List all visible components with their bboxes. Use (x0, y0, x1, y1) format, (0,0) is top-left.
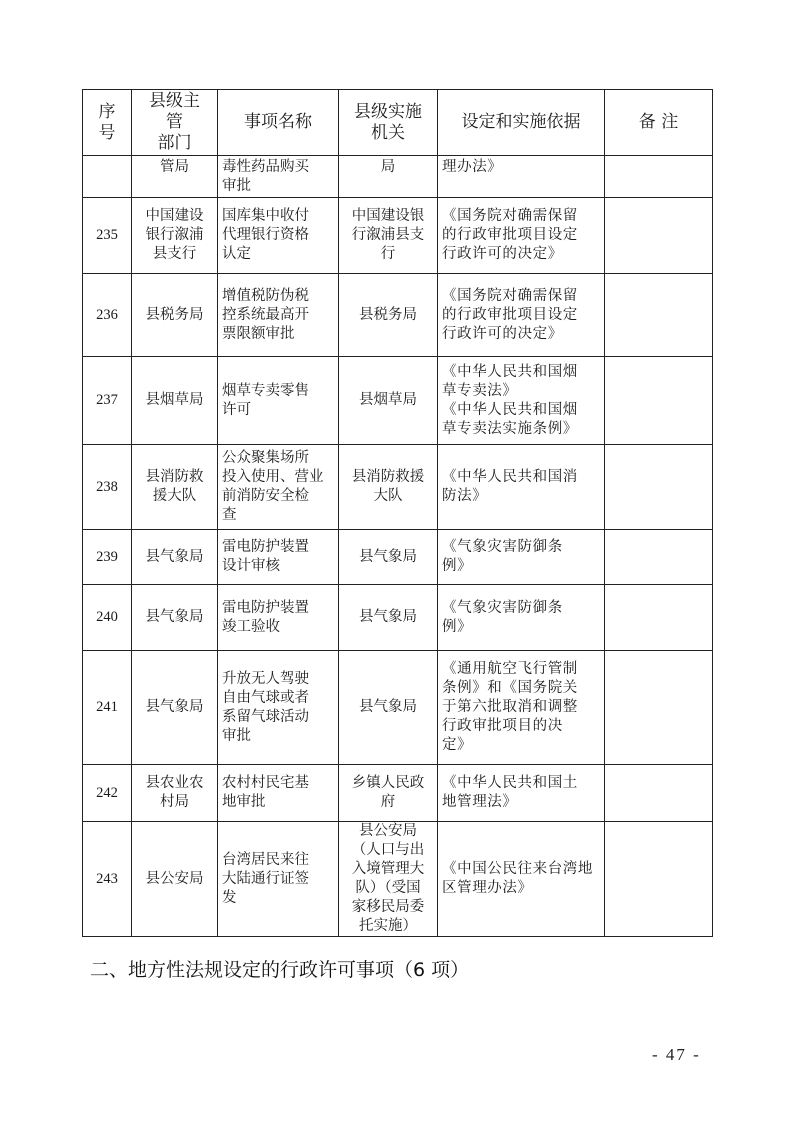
cell-basis: 《气象灾害防御条例》 (438, 530, 605, 585)
permit-table: 序号 县级主管部门 事项名称 县级实施机关 设定和实施依据 备 注 管局 毒性药… (82, 89, 713, 937)
cell-item: 雷电防护装置设计审核 (218, 530, 339, 585)
cell-note (605, 156, 713, 198)
header-dept: 县级主管部门 (132, 90, 218, 156)
cell-basis: 《中华人民共和国消防法》 (438, 445, 605, 530)
cell-item: 公众聚集场所投入使用、营业前消防安全检查 (218, 445, 339, 530)
cell-item: 毒性药品购买审批 (218, 156, 339, 198)
cell-dept: 县气象局 (132, 651, 218, 765)
cell-note (605, 651, 713, 765)
cell-note (605, 822, 713, 937)
table-row: 239 县气象局 雷电防护装置设计审核 县气象局 《气象灾害防御条例》 (83, 530, 713, 585)
cell-basis: 《中华人民共和国土地管理法》 (438, 765, 605, 822)
table-body: 235 中国建设银行溆浦县支行 国库集中收付代理银行资格认定 中国建设银行溆浦县… (83, 198, 713, 937)
cell-agency: 县消防救援大队 (339, 445, 438, 530)
cell-item: 增值税防伪税控系统最高开票限额审批 (218, 274, 339, 357)
cell-dept: 县公安局 (132, 822, 218, 937)
cell-basis: 《通用航空飞行管制条例》和《国务院关于第六批取消和调整行政审批项目的决定》 (438, 651, 605, 765)
cell-basis: 《气象灾害防御条例》 (438, 585, 605, 651)
table-row: 243 县公安局 台湾居民来往大陆通行证签发 县公安局（人口与出入境管理大队）（… (83, 822, 713, 937)
cell-agency: 县公安局（人口与出入境管理大队）（受国家移民局委托实施） (339, 822, 438, 937)
header-agency: 县级实施机关 (339, 90, 438, 156)
cell-agency: 县气象局 (339, 651, 438, 765)
table-row: 237 县烟草局 烟草专卖零售许可 县烟草局 《中华人民共和国烟草专卖法》《中华… (83, 357, 713, 445)
page-number: - 47 - (652, 1045, 701, 1065)
cell-note (605, 765, 713, 822)
cell-no: 239 (83, 530, 132, 585)
table-row: 235 中国建设银行溆浦县支行 国库集中收付代理银行资格认定 中国建设银行溆浦县… (83, 198, 713, 274)
cell-no: 238 (83, 445, 132, 530)
cell-agency: 乡镇人民政府 (339, 765, 438, 822)
cell-basis: 《国务院对确需保留的行政审批项目设定行政许可的决定》 (438, 198, 605, 274)
cell-basis: 《国务院对确需保留的行政审批项目设定行政许可的决定》 (438, 274, 605, 357)
table-row: 241 县气象局 升放无人驾驶自由气球或者系留气球活动审批 县气象局 《通用航空… (83, 651, 713, 765)
cell-item: 雷电防护装置竣工验收 (218, 585, 339, 651)
cell-item: 升放无人驾驶自由气球或者系留气球活动审批 (218, 651, 339, 765)
section-heading: 二、地方性法规设定的行政许可事项（6 项） (90, 955, 469, 982)
cell-dept: 县消防救援大队 (132, 445, 218, 530)
cell-item: 台湾居民来往大陆通行证签发 (218, 822, 339, 937)
cell-item: 国库集中收付代理银行资格认定 (218, 198, 339, 274)
cell-no: 237 (83, 357, 132, 445)
cell-dept: 县气象局 (132, 585, 218, 651)
cell-note (605, 274, 713, 357)
cell-basis: 《中华人民共和国烟草专卖法》《中华人民共和国烟草专卖法实施条例》 (438, 357, 605, 445)
header-note: 备 注 (605, 90, 713, 156)
cell-no: 241 (83, 651, 132, 765)
cell-dept: 县气象局 (132, 530, 218, 585)
cell-note (605, 445, 713, 530)
cell-no (83, 156, 132, 198)
cell-item: 农村村民宅基地审批 (218, 765, 339, 822)
cell-dept: 管局 (132, 156, 218, 198)
table-row: 242 县农业农村局 农村村民宅基地审批 乡镇人民政府 《中华人民共和国土地管理… (83, 765, 713, 822)
cell-note (605, 530, 713, 585)
cell-no: 242 (83, 765, 132, 822)
cell-no: 236 (83, 274, 132, 357)
cell-dept: 县烟草局 (132, 357, 218, 445)
cell-note (605, 585, 713, 651)
cell-agency: 中国建设银行溆浦县支行 (339, 198, 438, 274)
header-basis: 设定和实施依据 (438, 90, 605, 156)
cell-note (605, 357, 713, 445)
cell-basis: 理办法》 (438, 156, 605, 198)
cell-agency: 县税务局 (339, 274, 438, 357)
cell-no: 240 (83, 585, 132, 651)
cell-dept: 中国建设银行溆浦县支行 (132, 198, 218, 274)
header-no: 序号 (83, 90, 132, 156)
cell-dept: 县农业农村局 (132, 765, 218, 822)
cell-agency: 局 (339, 156, 438, 198)
cell-agency: 县烟草局 (339, 357, 438, 445)
table-row-continued: 管局 毒性药品购买审批 局 理办法》 (83, 156, 713, 198)
table-row: 240 县气象局 雷电防护装置竣工验收 县气象局 《气象灾害防御条例》 (83, 585, 713, 651)
table-row: 236 县税务局 增值税防伪税控系统最高开票限额审批 县税务局 《国务院对确需保… (83, 274, 713, 357)
table-header-row: 序号 县级主管部门 事项名称 县级实施机关 设定和实施依据 备 注 (83, 90, 713, 156)
cell-dept: 县税务局 (132, 274, 218, 357)
header-item: 事项名称 (218, 90, 339, 156)
cell-basis: 《中国公民往来台湾地区管理办法》 (438, 822, 605, 937)
cell-no: 235 (83, 198, 132, 274)
table-row: 238 县消防救援大队 公众聚集场所投入使用、营业前消防安全检查 县消防救援大队… (83, 445, 713, 530)
cell-note (605, 198, 713, 274)
cell-agency: 县气象局 (339, 530, 438, 585)
cell-no: 243 (83, 822, 132, 937)
cell-agency: 县气象局 (339, 585, 438, 651)
cell-item: 烟草专卖零售许可 (218, 357, 339, 445)
